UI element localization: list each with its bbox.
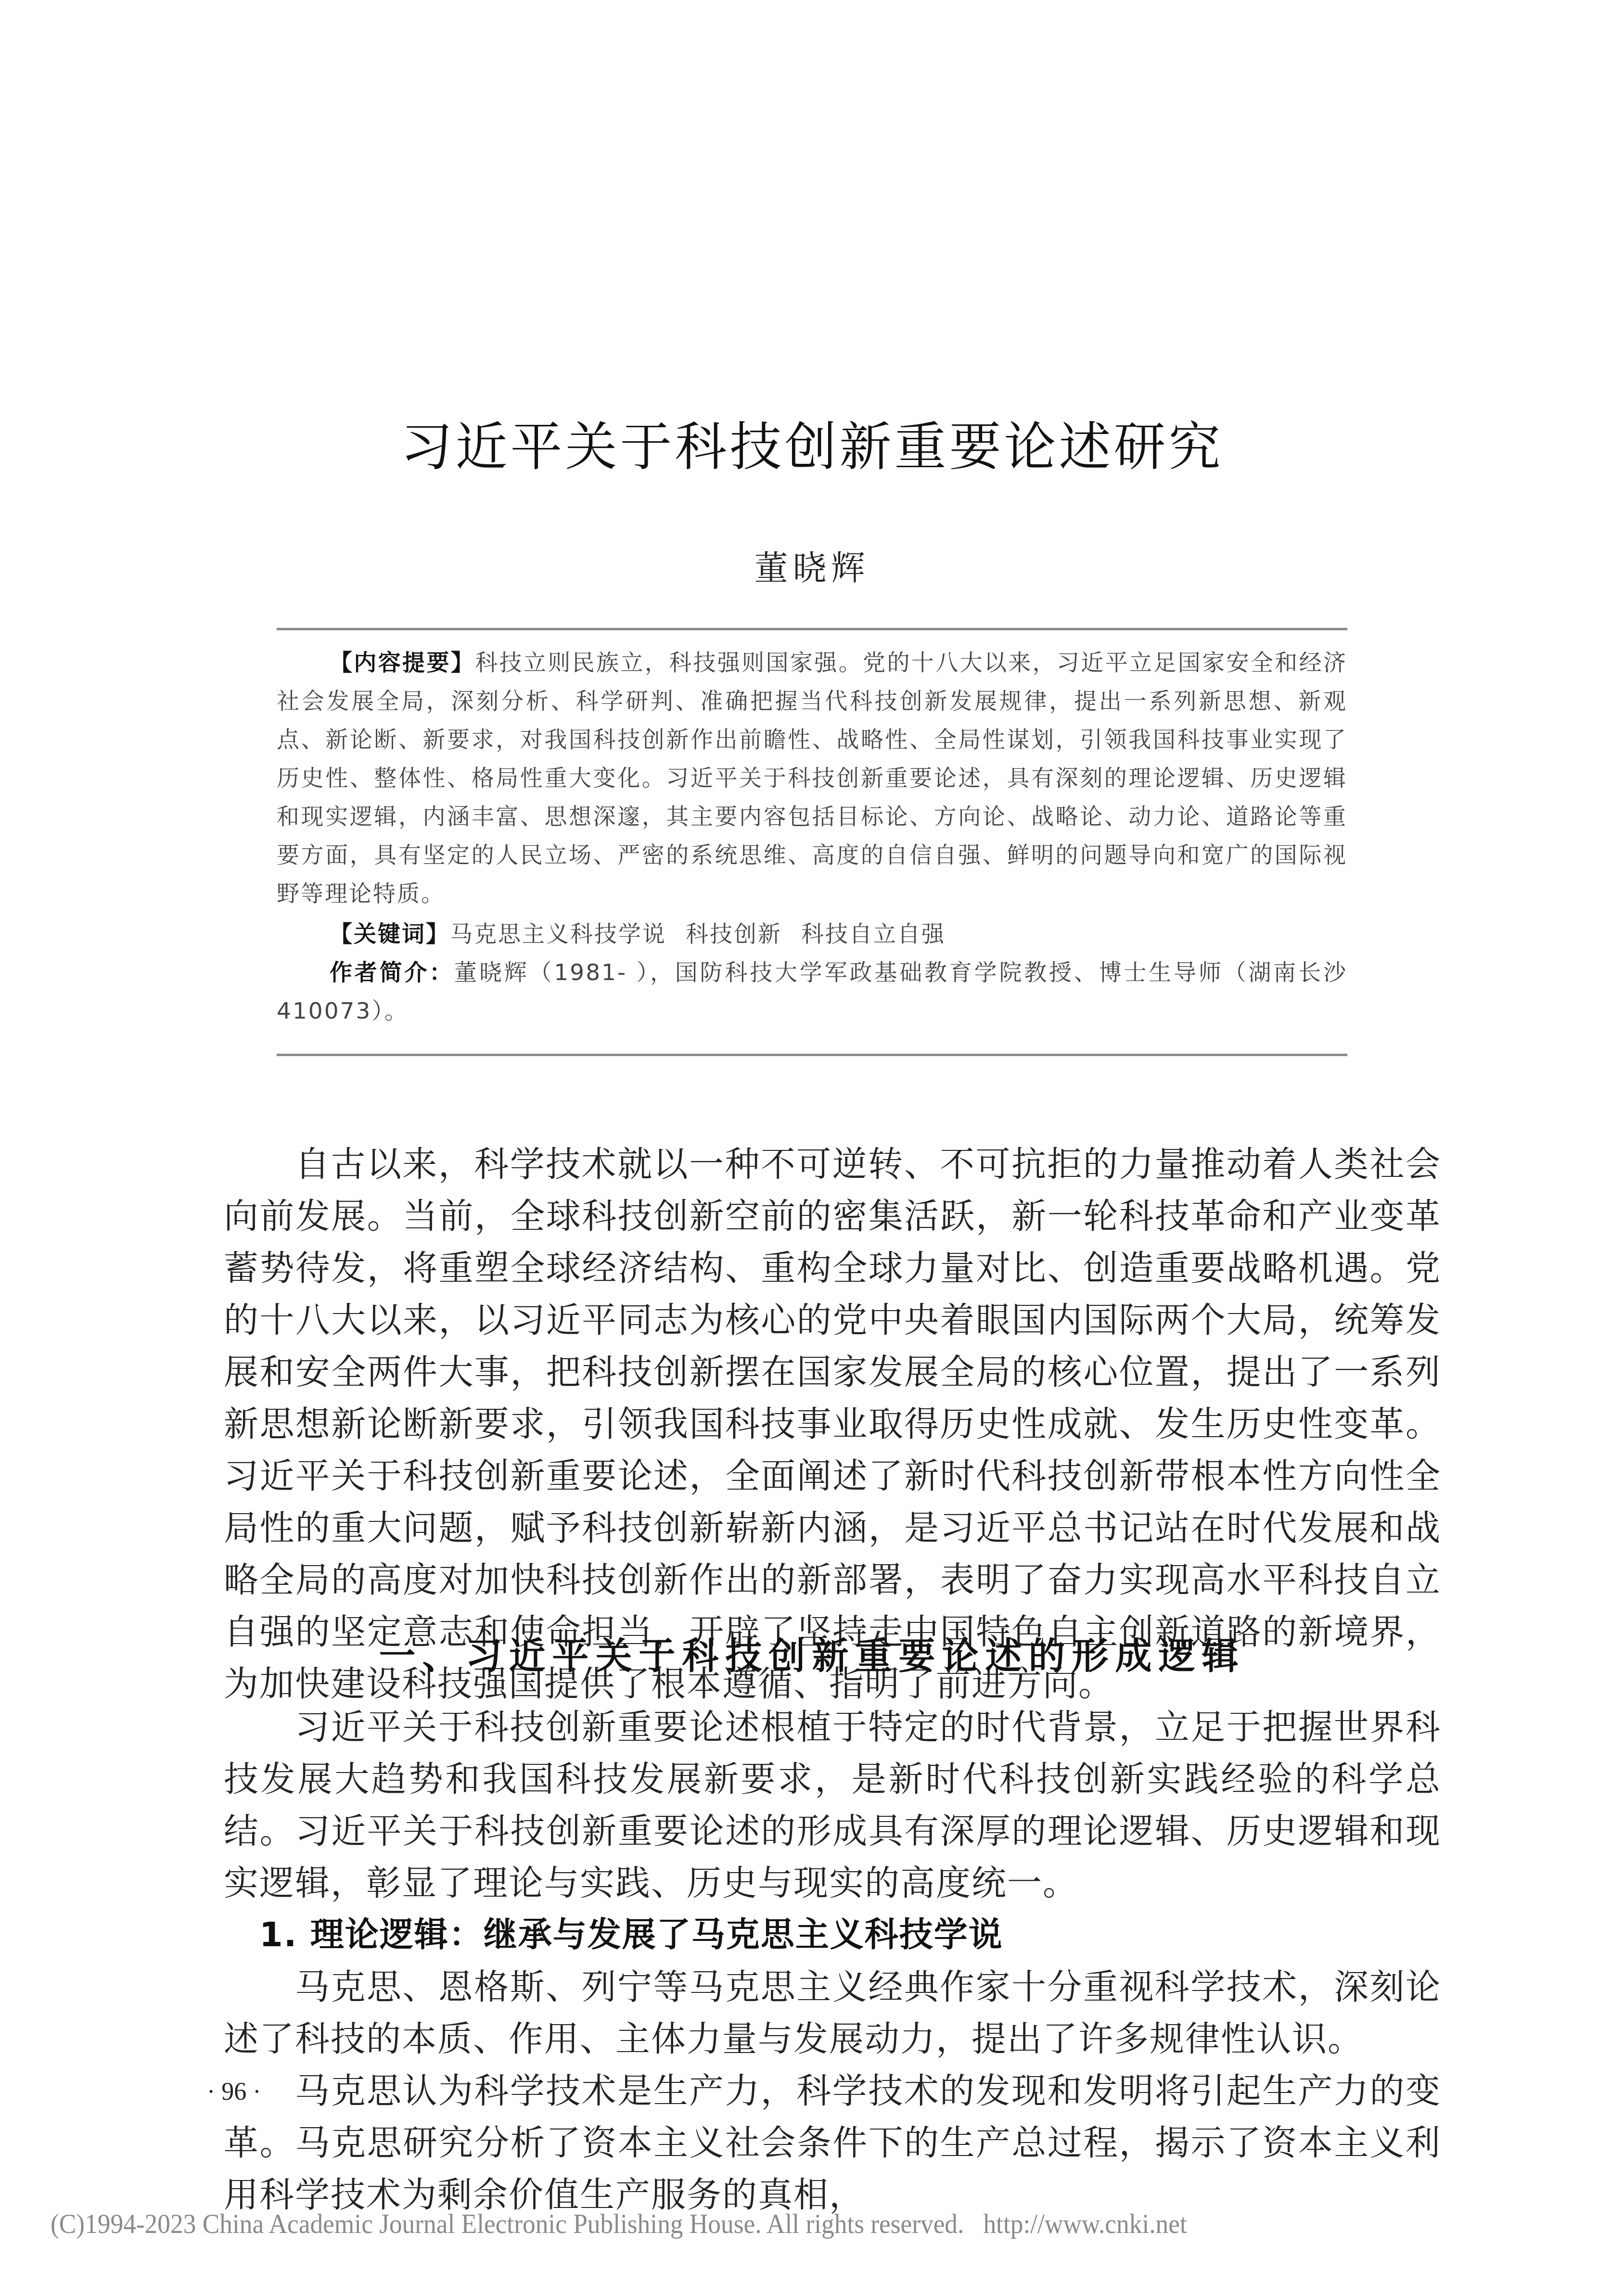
- section-heading: 一、习近平关于科技创新重要论述的形成逻辑: [0, 1627, 1624, 1679]
- keyword: 科技自立自强: [801, 921, 946, 947]
- keywords-label: 【关键词】: [330, 921, 450, 947]
- abstract-text: 科技立则民族立，科技强则国家强。党的十八大以来，习近平立足国家安全和经济社会发展…: [277, 650, 1347, 907]
- section-paragraph: 习近平关于科技创新重要论述根植于特定的时代背景，立足于把握世界科技发展大趋势和我…: [224, 1701, 1441, 1909]
- copyright-footer: (C)1994-2023 China Academic Journal Elec…: [51, 2207, 1187, 2240]
- intro-paragraph: 自古以来，科学技术就以一种不可逆转、不可抗拒的力量推动着人类社会向前发展。当前，…: [224, 1138, 1441, 1709]
- intro-section: 自古以来，科学技术就以一种不可逆转、不可抗拒的力量推动着人类社会向前发展。当前，…: [224, 1138, 1441, 1709]
- subsection-paragraph: 马克思认为科学技术是生产力，科学技术的发现和发明将引起生产力的变革。马克思研究分…: [224, 2065, 1441, 2220]
- article-title: 习近平关于科技创新重要论述研究: [0, 405, 1624, 480]
- footer-url: http://www.cnki.net: [983, 2208, 1187, 2239]
- article-author: 董晓辉: [0, 541, 1624, 590]
- abstract-paragraph: 【内容提要】科技立则民族立，科技强则国家强。党的十八大以来，习近平立足国家安全和…: [277, 644, 1347, 913]
- keywords-line: 【关键词】马克思主义科技学说科技创新科技自立自强: [277, 915, 1347, 954]
- copyright-text: (C)1994-2023 China Academic Journal Elec…: [51, 2208, 964, 2239]
- keyword: 马克思主义科技学说: [450, 921, 666, 947]
- page-number: · 96 ·: [207, 2078, 261, 2106]
- subsection-paragraph: 马克思、恩格斯、列宁等马克思主义经典作家十分重视科学技术，深刻论述了科技的本质、…: [224, 1961, 1441, 2065]
- subsection-heading: 1. 理论逻辑：继承与发展了马克思主义科技学说: [224, 1909, 1441, 1961]
- abstract-box: 【内容提要】科技立则民族立，科技强则国家强。党的十八大以来，习近平立足国家安全和…: [277, 628, 1347, 1056]
- keyword: 科技创新: [686, 921, 782, 947]
- author-bio-line: 作者简介：董晓辉（1981- ），国防科技大学军政基础教育学院教授、博士生导师（…: [277, 954, 1347, 1031]
- abstract-label: 【内容提要】: [330, 650, 475, 676]
- author-bio-label: 作者简介：: [330, 959, 454, 986]
- section-1-body: 习近平关于科技创新重要论述根植于特定的时代背景，立足于把握世界科技发展大趋势和我…: [224, 1701, 1441, 2220]
